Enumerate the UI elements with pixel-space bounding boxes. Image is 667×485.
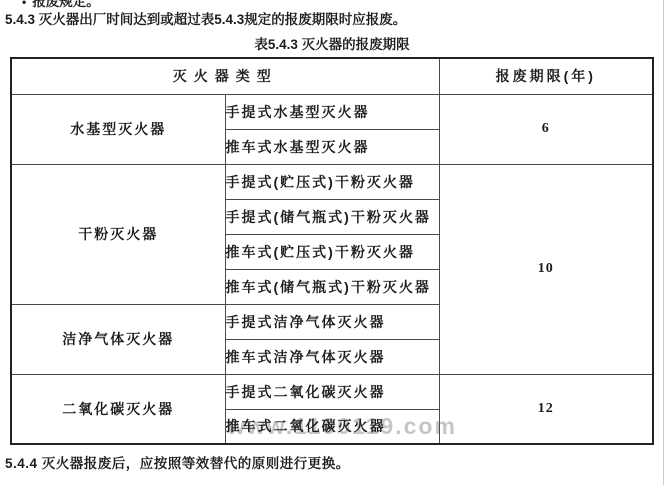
table-title: 表5.4.3 灭火器的报废期限 — [10, 33, 654, 53]
header-scrap-limit: 报废期限(年) — [439, 58, 653, 94]
subtype-cell: 手提式(储气瓶式)干粉灭火器 — [225, 199, 439, 234]
header-extinguisher-type: 灭火器类型 — [11, 58, 439, 94]
table-row: 水基型灭火器 手提式水基型灭火器 6 — [11, 94, 653, 129]
section-5-4-3-text: 5.4.3 灭火器出厂时间达到或超过表5.4.3规定的报废期限时应报废。 — [5, 8, 406, 28]
group-cell-co2: 二氧化碳灭火器 — [11, 374, 225, 444]
table-row: 二氧化碳灭火器 手提式二氧化碳灭火器 12 — [11, 374, 653, 409]
subtype-cell: 手提式二氧化碳灭火器 — [225, 374, 439, 409]
subtype-cell: 推车式(储气瓶式)干粉灭火器 — [225, 269, 439, 304]
limit-cell-6: 6 — [439, 94, 653, 164]
scrap-deadline-table: 灭火器类型 报废期限(年) 水基型灭火器 手提式水基型灭火器 6 推车式水基型灭… — [10, 57, 654, 445]
subtype-cell: 推车式洁净气体灭火器 — [225, 339, 439, 374]
group-cell-water-based: 水基型灭火器 — [11, 94, 225, 164]
subtype-cell: 手提式水基型灭火器 — [225, 94, 439, 129]
subtype-cell: 手提式洁净气体灭火器 — [225, 304, 439, 339]
subtype-cell: 推车式(贮压式)干粉灭火器 — [225, 234, 439, 269]
limit-cell-10: 10 — [439, 164, 653, 374]
group-cell-dry-powder: 干粉灭火器 — [11, 164, 225, 304]
subtype-cell: 推车式二氧化碳灭火器 — [225, 409, 439, 444]
subtype-cell: 手提式(贮压式)干粉灭火器 — [225, 164, 439, 199]
group-cell-clean-gas: 洁净气体灭火器 — [11, 304, 225, 374]
page-edge-line — [663, 0, 664, 485]
table-row: 干粉灭火器 手提式(贮压式)干粉灭火器 10 — [11, 164, 653, 199]
table-header-row: 灭火器类型 报废期限(年) — [11, 58, 653, 94]
section-5-4-4-text: 5.4.4 灭火器报废后，应按照等效替代的原则进行更换。 — [5, 452, 350, 472]
subtype-cell: 推车式水基型灭火器 — [225, 129, 439, 164]
limit-cell-12: 12 — [439, 374, 653, 444]
